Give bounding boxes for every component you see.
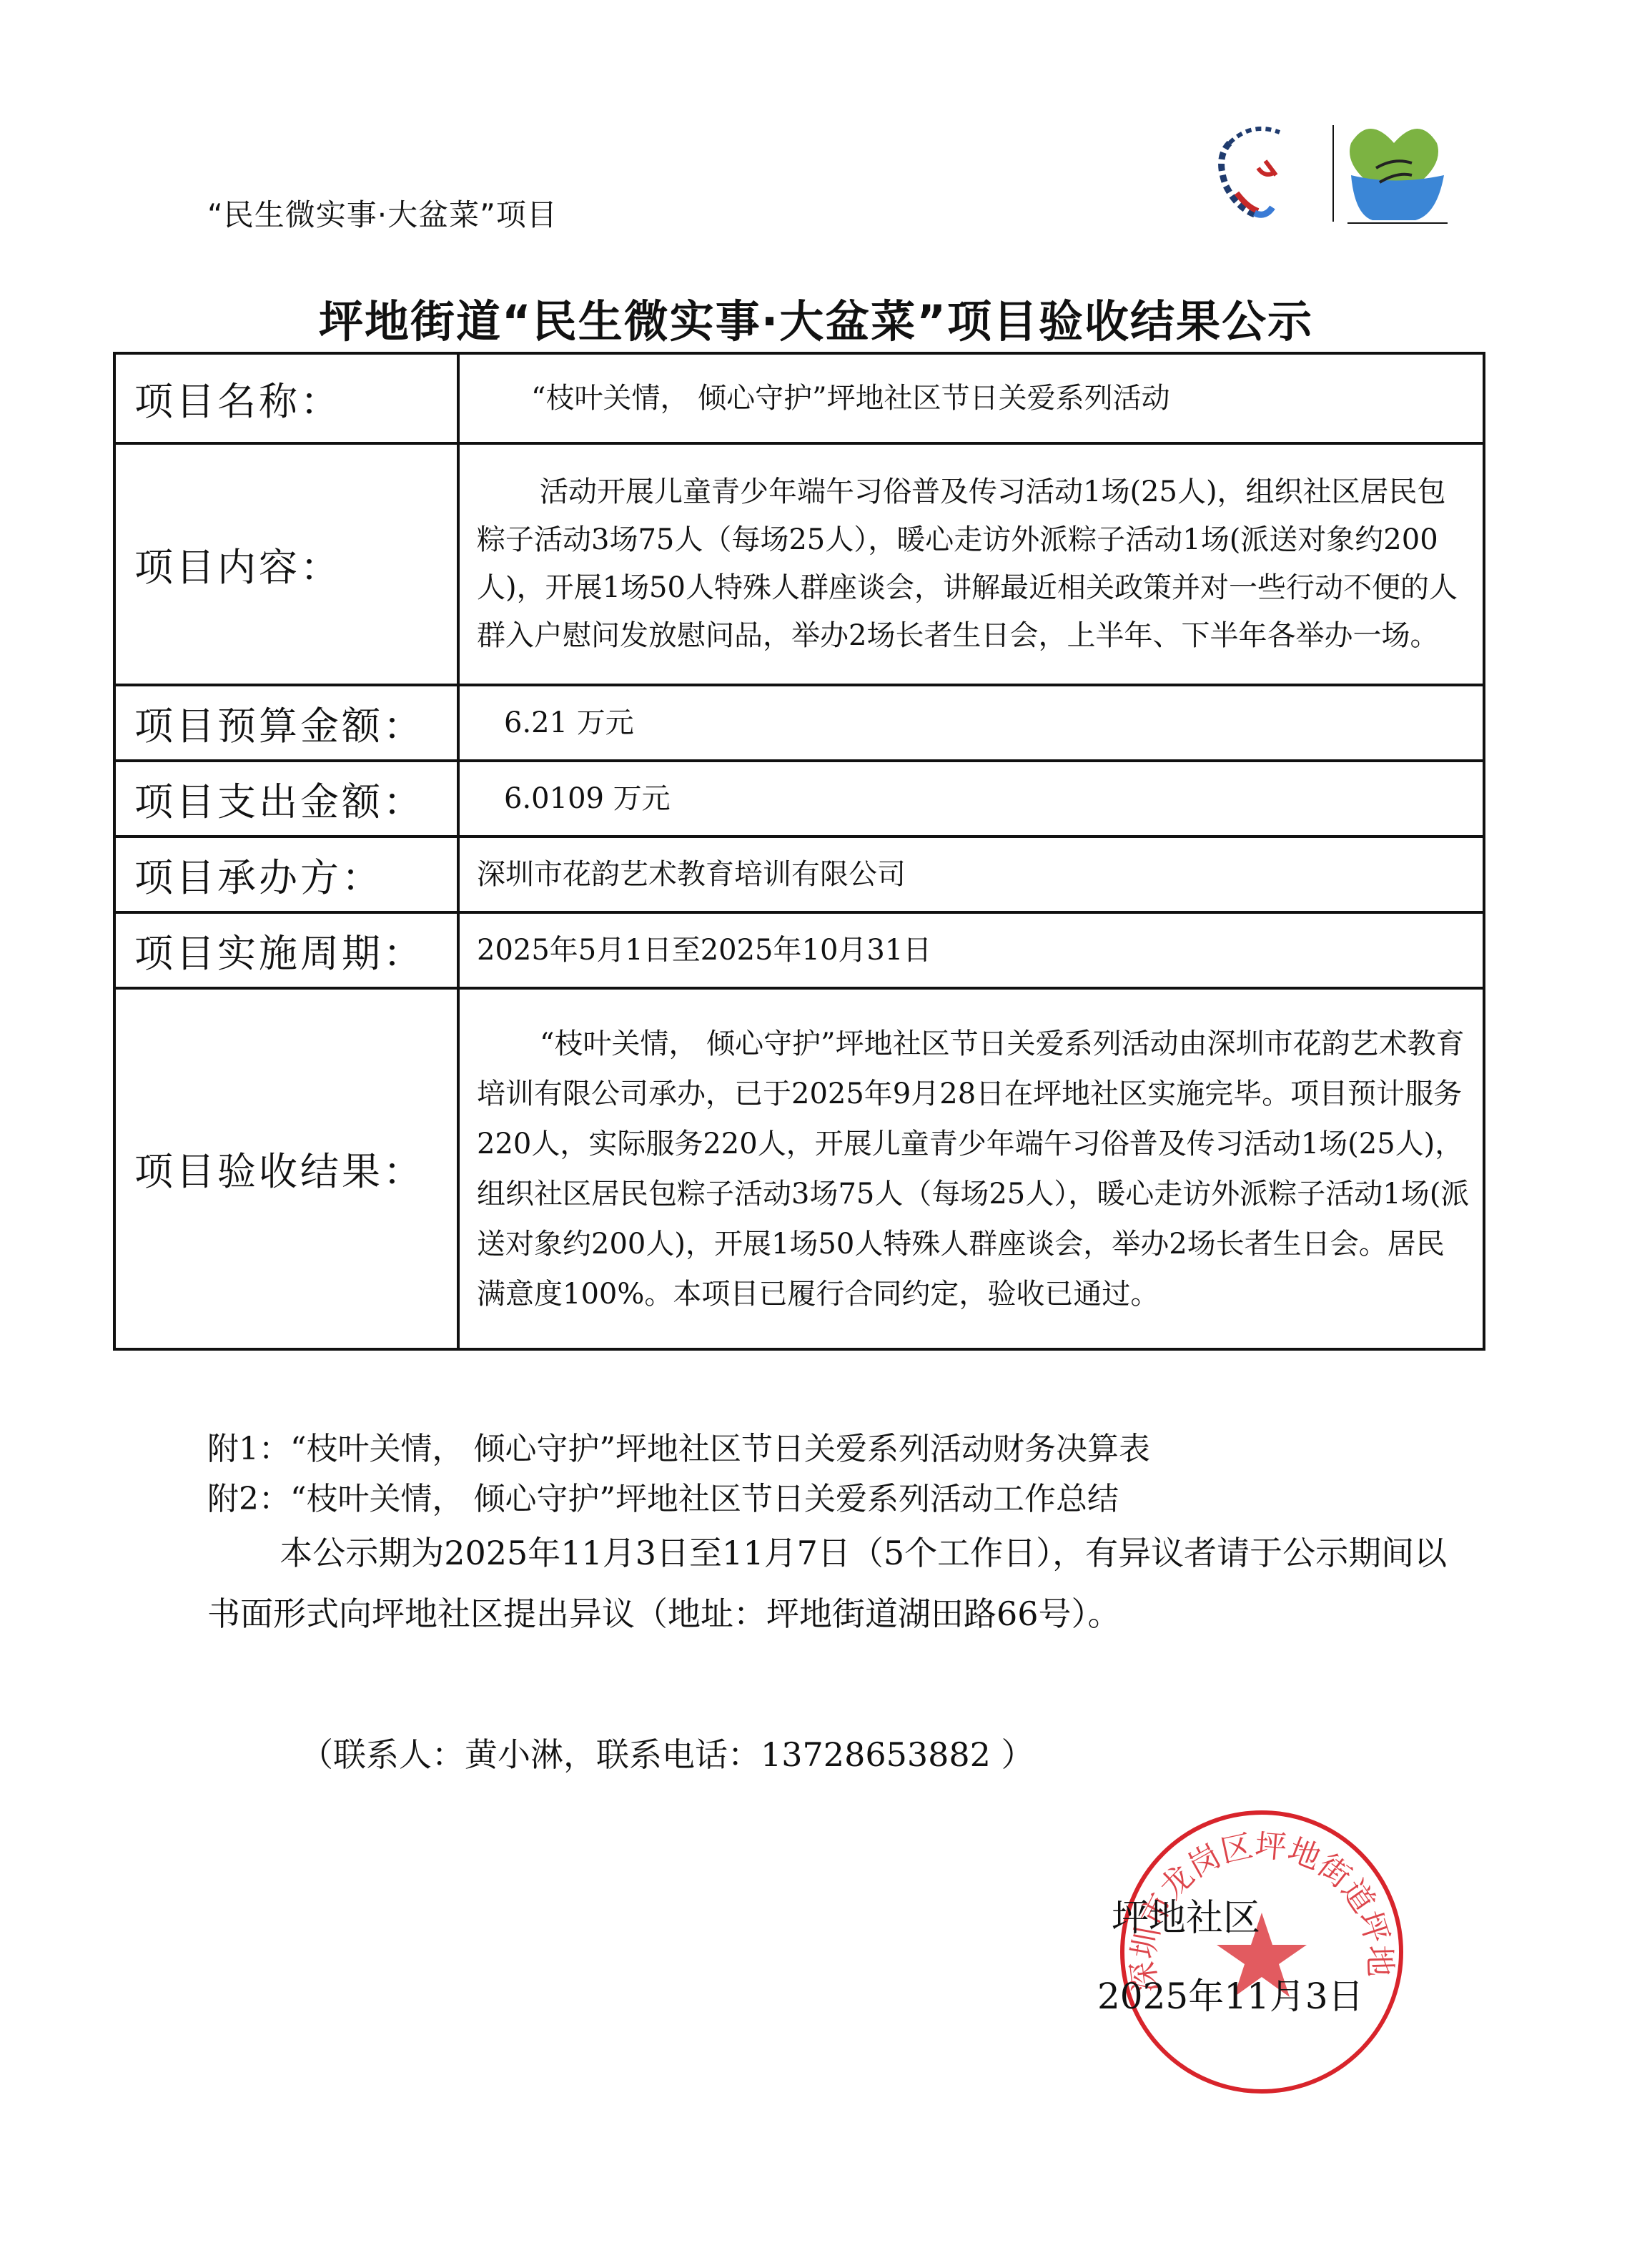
logo-group [1187, 114, 1465, 229]
table-row: 项目名称： “枝叶关情， 倾心守护”坪地社区节日关爱系列活动 [114, 353, 1484, 443]
project-content-value: 活动开展儿童青少年端午习俗普及传习活动1场(25人)，组织社区居民包粽子活动3场… [458, 443, 1484, 685]
row-label: 项目支出金额： [114, 761, 458, 837]
row-label: 项目验收结果： [114, 988, 458, 1349]
project-info-table: 项目名称： “枝叶关情， 倾心守护”坪地社区节日关爱系列活动 项目内容： 活动开… [113, 352, 1485, 1351]
acceptance-result-value: “枝叶关情， 倾心守护”坪地社区节日关爱系列活动由深圳市花韵艺术教育培训有限公司… [458, 988, 1484, 1349]
page-title: 坪地街道“民生微实事·大盆菜”项目验收结果公示 [0, 286, 1632, 350]
signing-date: 2025年11月3日 [1097, 1968, 1364, 2019]
heart-hands-bowl-logo-icon [1347, 129, 1448, 223]
table-row: 项目验收结果： “枝叶关情， 倾心守护”坪地社区节日关爱系列活动由深圳市花韵艺术… [114, 988, 1484, 1349]
project-tag: “民生微实事·大盆菜”项目 [207, 192, 558, 235]
contractor-value: 深圳市花韵艺术教育培训有限公司 [458, 837, 1484, 912]
contact-info: （联系人：黄小淋，联系电话：13728653882 ） [300, 1729, 1034, 1776]
expenditure-value: 6.0109 万元 [458, 761, 1484, 837]
row-label: 项目预算金额： [114, 685, 458, 761]
budget-value: 6.21 万元 [458, 685, 1484, 761]
table-row: 项目支出金额： 6.0109 万元 [114, 761, 1484, 837]
row-label: 项目名称： [114, 353, 458, 443]
row-label: 项目内容： [114, 443, 458, 685]
period-value: 2025年5月1日至2025年10月31日 [458, 912, 1484, 988]
table-row: 项目内容： 活动开展儿童青少年端午习俗普及传习活动1场(25人)，组织社区居民包… [114, 443, 1484, 685]
project-name-value: “枝叶关情， 倾心守护”坪地社区节日关爱系列活动 [458, 353, 1484, 443]
attachment-1: 附1：“枝叶关情， 倾心守护”坪地社区节日关爱系列活动财务决算表 [207, 1423, 1150, 1469]
table-row: 项目实施周期： 2025年5月1日至2025年10月31日 [114, 912, 1484, 988]
attachment-2: 附2：“枝叶关情， 倾心守护”坪地社区节日关爱系列活动工作总结 [207, 1473, 1119, 1519]
signing-organization: 坪地社区 [1112, 1888, 1260, 1941]
party-heart-logo-icon [1222, 129, 1280, 215]
row-label: 项目承办方： [114, 837, 458, 912]
official-seal-icon: 深圳市龙岗区坪地街道坪地社区工作站 [1115, 1805, 1408, 2099]
notice-paragraph: 本公示期为2025年11月3日至11月7日（5个工作日），有异议者请于公示期间以… [207, 1523, 1451, 1645]
table-row: 项目预算金额： 6.21 万元 [114, 685, 1484, 761]
table-row: 项目承办方： 深圳市花韵艺术教育培训有限公司 [114, 837, 1484, 912]
row-label: 项目实施周期： [114, 912, 458, 988]
